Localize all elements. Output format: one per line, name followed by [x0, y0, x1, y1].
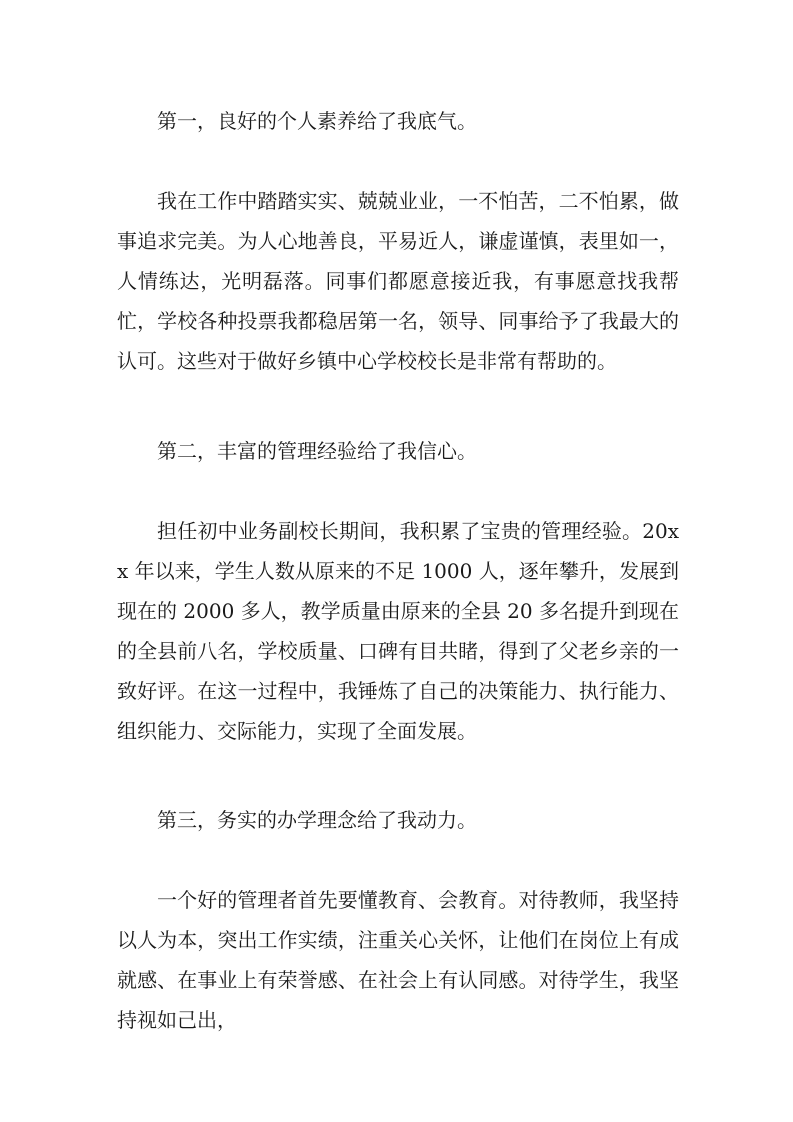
section-1-body: 我在工作中踏踏实实、兢兢业业，一不怕苦，二不怕累，做事追求完美。为人心地善良，平…	[117, 181, 679, 381]
section-3-body: 一个好的管理者首先要懂教育、会教育。对待教师，我坚持以人为本，突出工作实绩，注重…	[117, 880, 679, 1040]
section-1-heading: 第一，良好的个人素养给了我底气。	[117, 101, 679, 141]
section-2-heading: 第二，丰富的管理经验给了我信心。	[117, 431, 679, 471]
section-2-body: 担任初中业务副校长期间，我积累了宝贵的管理经验。20xx 年以来，学生人数从原来…	[117, 511, 679, 751]
section-3-heading: 第三，务实的办学理念给了我动力。	[117, 800, 679, 840]
